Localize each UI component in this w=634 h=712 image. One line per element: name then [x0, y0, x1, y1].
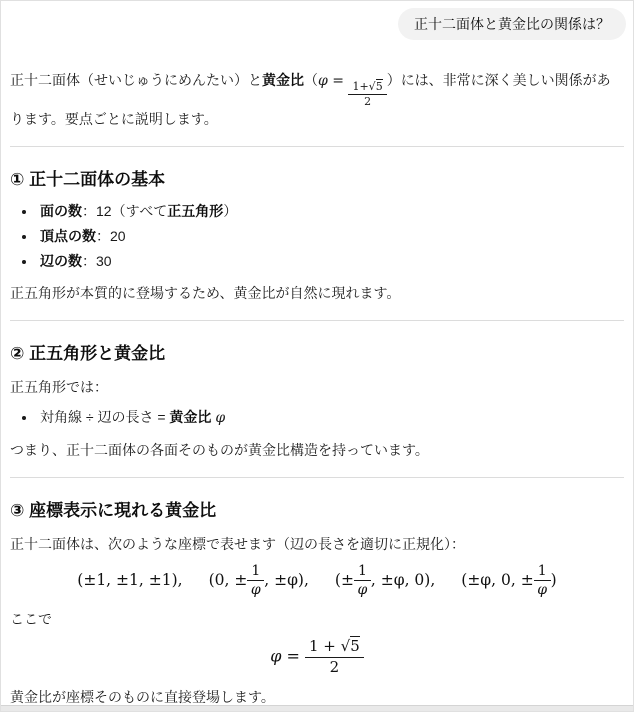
here-label: ここで [10, 608, 624, 630]
list-item: 辺の数：30 [37, 250, 624, 272]
user-message-bubble: 正十二面体と黄金比の関係は？ [398, 8, 626, 40]
fraction-denominator: 2 [348, 95, 386, 108]
radicand: 5 [376, 79, 383, 93]
phi-definition-formula: φ = 1 + √52 [10, 638, 624, 676]
fraction: 1φ [354, 563, 371, 598]
fraction-denominator: 2 [305, 658, 364, 676]
list-item: 対角線 ÷ 辺の長さ = 黄金比 φ [37, 406, 624, 429]
vertices-label: 頂点の数 [40, 228, 96, 244]
phi-symbol: φ [270, 647, 281, 666]
section2-heading: ② 正五角形と黄金比 [10, 342, 624, 366]
intro-math-close: ） [387, 72, 401, 88]
section2-outro: つまり、正十二面体の各面そのものが黄金比構造を持っています。 [10, 439, 624, 461]
bottom-divider-strip [1, 705, 633, 711]
coord-group-3: (±1φ, ±φ, 0), [335, 571, 435, 589]
section1-outro: 正五角形が本質的に登場するため、黄金比が自然に現れます。 [10, 282, 624, 304]
fraction: 1φ [534, 563, 551, 598]
section1-heading: ① 正十二面体の基本 [10, 168, 624, 192]
chat-window: 正十二面体と黄金比の関係は？ 正十二面体（せいじゅうにめんたい）と黄金比（φ =… [0, 0, 634, 712]
section2-lead: 正五角形では： [10, 376, 624, 398]
fraction-numerator: 1 + √5 [305, 638, 364, 657]
user-message-row: 正十二面体と黄金比の関係は？ [1, 8, 626, 40]
pentagon-bold: 正五角形 [167, 203, 223, 219]
section-divider [10, 146, 624, 147]
coordinates-formula: (±1, ±1, ±1),(0, ±1φ, ±φ),(±1φ, ±φ, 0),(… [10, 563, 624, 598]
intro-bold-golden-ratio: 黄金比 [262, 72, 304, 88]
intro-math-open: （ [304, 72, 318, 88]
section-divider [10, 320, 624, 321]
inline-fraction: 1+√52 [348, 81, 386, 108]
fraction-numerator: 1+√5 [348, 81, 386, 95]
coord-group-4: (±φ, 0, ±1φ) [461, 571, 556, 589]
section1-list: 面の数：12（すべて正五角形） 頂点の数：20 辺の数：30 [10, 200, 624, 272]
radicand: 5 [350, 636, 360, 655]
coord-group-1: (±1, ±1, ±1), [77, 571, 182, 589]
golden-ratio-bold: 黄金比 [169, 409, 215, 425]
inline-phi-formula: φ = 1+√52 [318, 73, 387, 89]
section3-heading: ③ 座標表示に現れる黄金比 [10, 499, 624, 523]
phi-symbol: φ [215, 410, 225, 426]
section3-lead: 正十二面体は、次のような座標で表せます（辺の長さを適切に正規化）： [10, 533, 624, 555]
section3-outro: 黄金比が座標そのものに直接登場します。 [10, 686, 624, 705]
user-question-text: 正十二面体と黄金比の関係は？ [414, 16, 610, 32]
fraction: 1φ [247, 563, 264, 598]
equals-sign: = [281, 647, 305, 666]
section-divider [10, 477, 624, 478]
edges-label: 辺の数 [40, 253, 82, 269]
phi-symbol: φ [318, 73, 328, 89]
section2-list: 対角線 ÷ 辺の長さ = 黄金比 φ [10, 406, 624, 429]
assistant-message: 正十二面体（せいじゅうにめんたい）と黄金比（φ = 1+√52）には、非常に深く… [1, 40, 633, 705]
fraction: 1 + √52 [305, 638, 364, 676]
intro-paragraph: 正十二面体（せいじゅうにめんたい）と黄金比（φ = 1+√52）には、非常に深く… [10, 69, 624, 130]
list-item: 頂点の数：20 [37, 225, 624, 247]
equals-sign: = [328, 73, 349, 89]
faces-label: 面の数 [40, 203, 82, 219]
list-item: 面の数：12（すべて正五角形） [37, 200, 624, 222]
intro-text-1: 正十二面体（せいじゅうにめんたい）と [10, 72, 262, 88]
coord-group-2: (0, ±1φ, ±φ), [209, 571, 309, 589]
